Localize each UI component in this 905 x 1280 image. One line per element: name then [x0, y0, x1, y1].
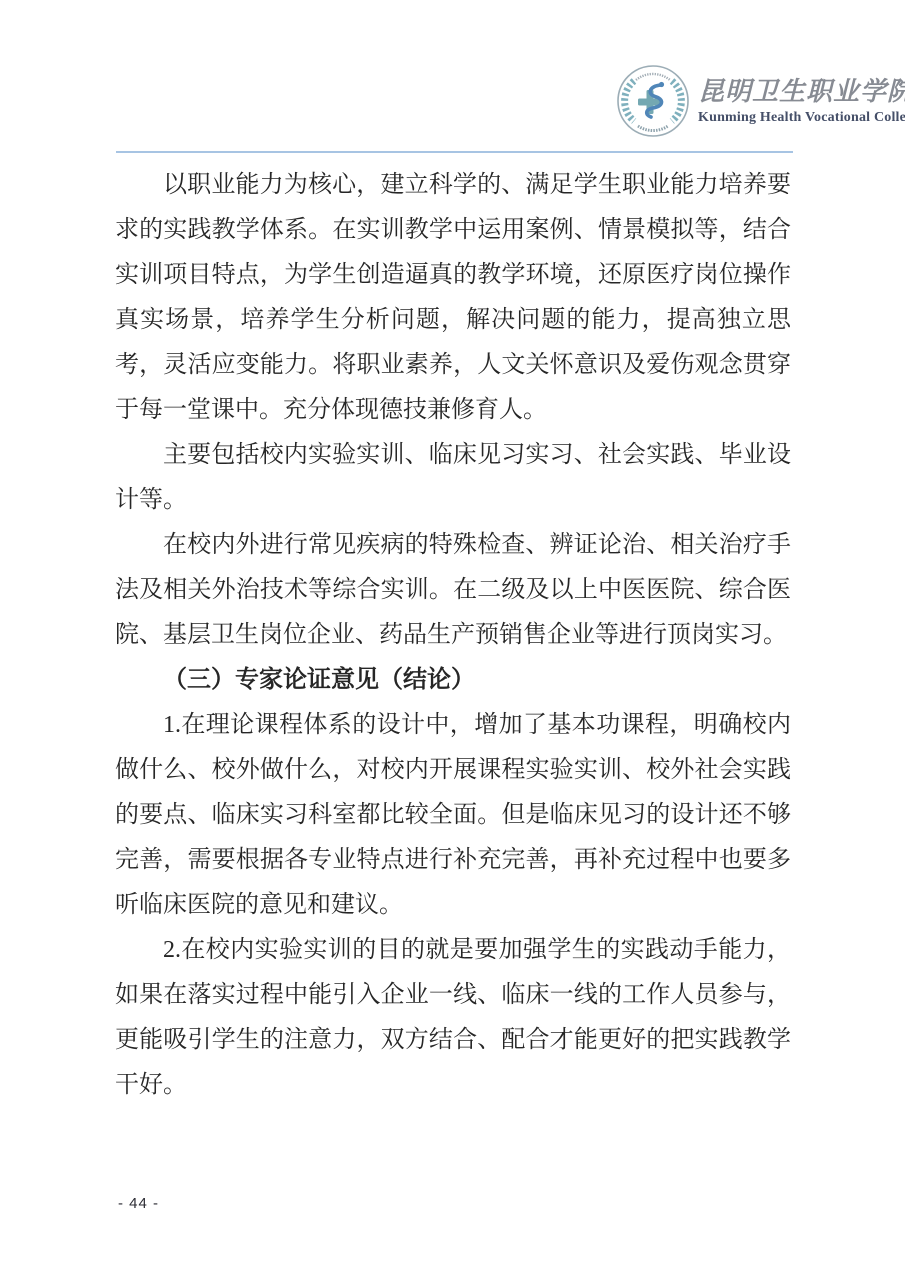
- college-name-english: Kunming Health Vocational College: [698, 110, 905, 126]
- header-divider: [116, 151, 793, 153]
- college-seal-icon: [616, 64, 690, 138]
- paragraph-opinion-1: 1.在理论课程体系的设计中，增加了基本功课程，明确校内做什么、校外做什么，对校内…: [115, 703, 791, 928]
- page-header: 昆明卫生职业学院 Kunming Health Vocational Colle…: [616, 64, 905, 138]
- paragraph-practice-scope: 主要包括校内实验实训、临床见习实习、社会实践、毕业设计等。: [115, 433, 791, 523]
- document-page: 昆明卫生职业学院 Kunming Health Vocational Colle…: [0, 0, 905, 1280]
- paragraph-internship: 在校内外进行常见疾病的特殊检查、辨证论治、相关治疗手法及相关外治技术等综合实训。…: [115, 523, 791, 658]
- paragraph-practice-system: 以职业能力为核心，建立科学的、满足学生职业能力培养要求的实践教学体系。在实训教学…: [115, 163, 791, 433]
- document-body: 以职业能力为核心，建立科学的、满足学生职业能力培养要求的实践教学体系。在实训教学…: [115, 163, 791, 1108]
- college-name-block: 昆明卫生职业学院 Kunming Health Vocational Colle…: [698, 77, 905, 126]
- college-name-chinese: 昆明卫生职业学院: [698, 77, 905, 107]
- paragraph-opinion-2: 2.在校内实验实训的目的就是要加强学生的实践动手能力，如果在落实过程中能引入企业…: [115, 928, 791, 1108]
- page-number: - 44 -: [118, 1195, 159, 1213]
- section-heading-expert-opinion: （三）专家论证意见（结论）: [115, 658, 791, 703]
